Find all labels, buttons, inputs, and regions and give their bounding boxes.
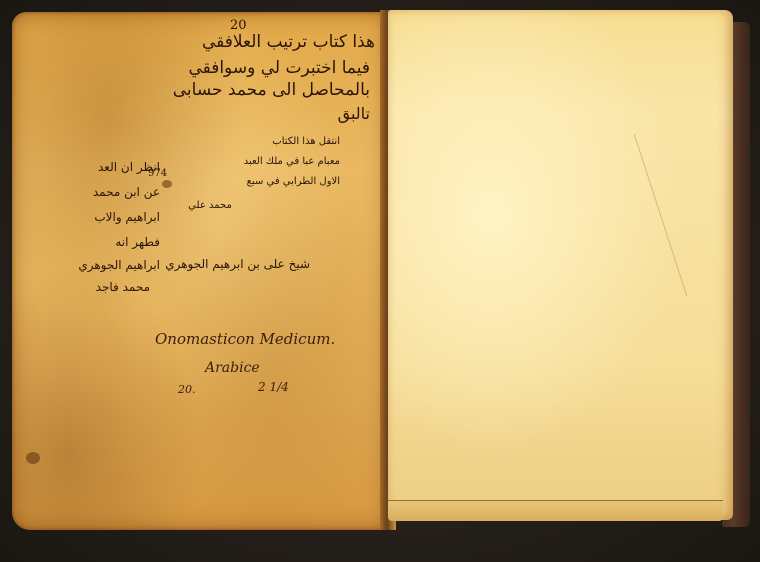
right-page-deckle-edge [388,500,723,521]
margin-note-5: ابراهيم الجوهري [20,258,160,272]
ownership-note-3: الاول الطرابي في سبع [140,176,340,187]
title-line-3: بالمحاصل الى محمد حسابى [160,80,370,100]
shelfmark-right: 2 1/4 [258,380,289,394]
folio-number: 20 [230,18,247,33]
ownership-note-1: انتقل هذا الكتاب [140,136,340,147]
latin-title: Onomasticon Medicum. [155,330,335,348]
signature: محمد علي [170,200,250,211]
margin-note-6: محمد فاجد [20,280,150,294]
latin-subtitle: Arabice [205,360,260,376]
ownership-line: شيخ على بن ابرهيم الجوهري [160,257,310,271]
margin-note-2: عن ابن محمد [20,185,160,199]
right-page-blank [388,10,733,520]
title-line-2: فيما اختبرت لي وسوافقي [165,58,370,78]
margin-note-3: ابراهيم والاب [20,210,160,224]
margin-note-1: انظر ان العد [20,160,160,174]
ownership-note-2: معبام عبا في ملك العبد [140,156,340,167]
title-line-4: تالبق [145,104,370,123]
margin-note-4: فطهر انه [20,235,160,249]
title-line-1: هذا كتاب ترتيب العلافقي [165,32,375,52]
shelfmark-left: 20. [178,383,196,396]
ink-stain [26,452,40,464]
